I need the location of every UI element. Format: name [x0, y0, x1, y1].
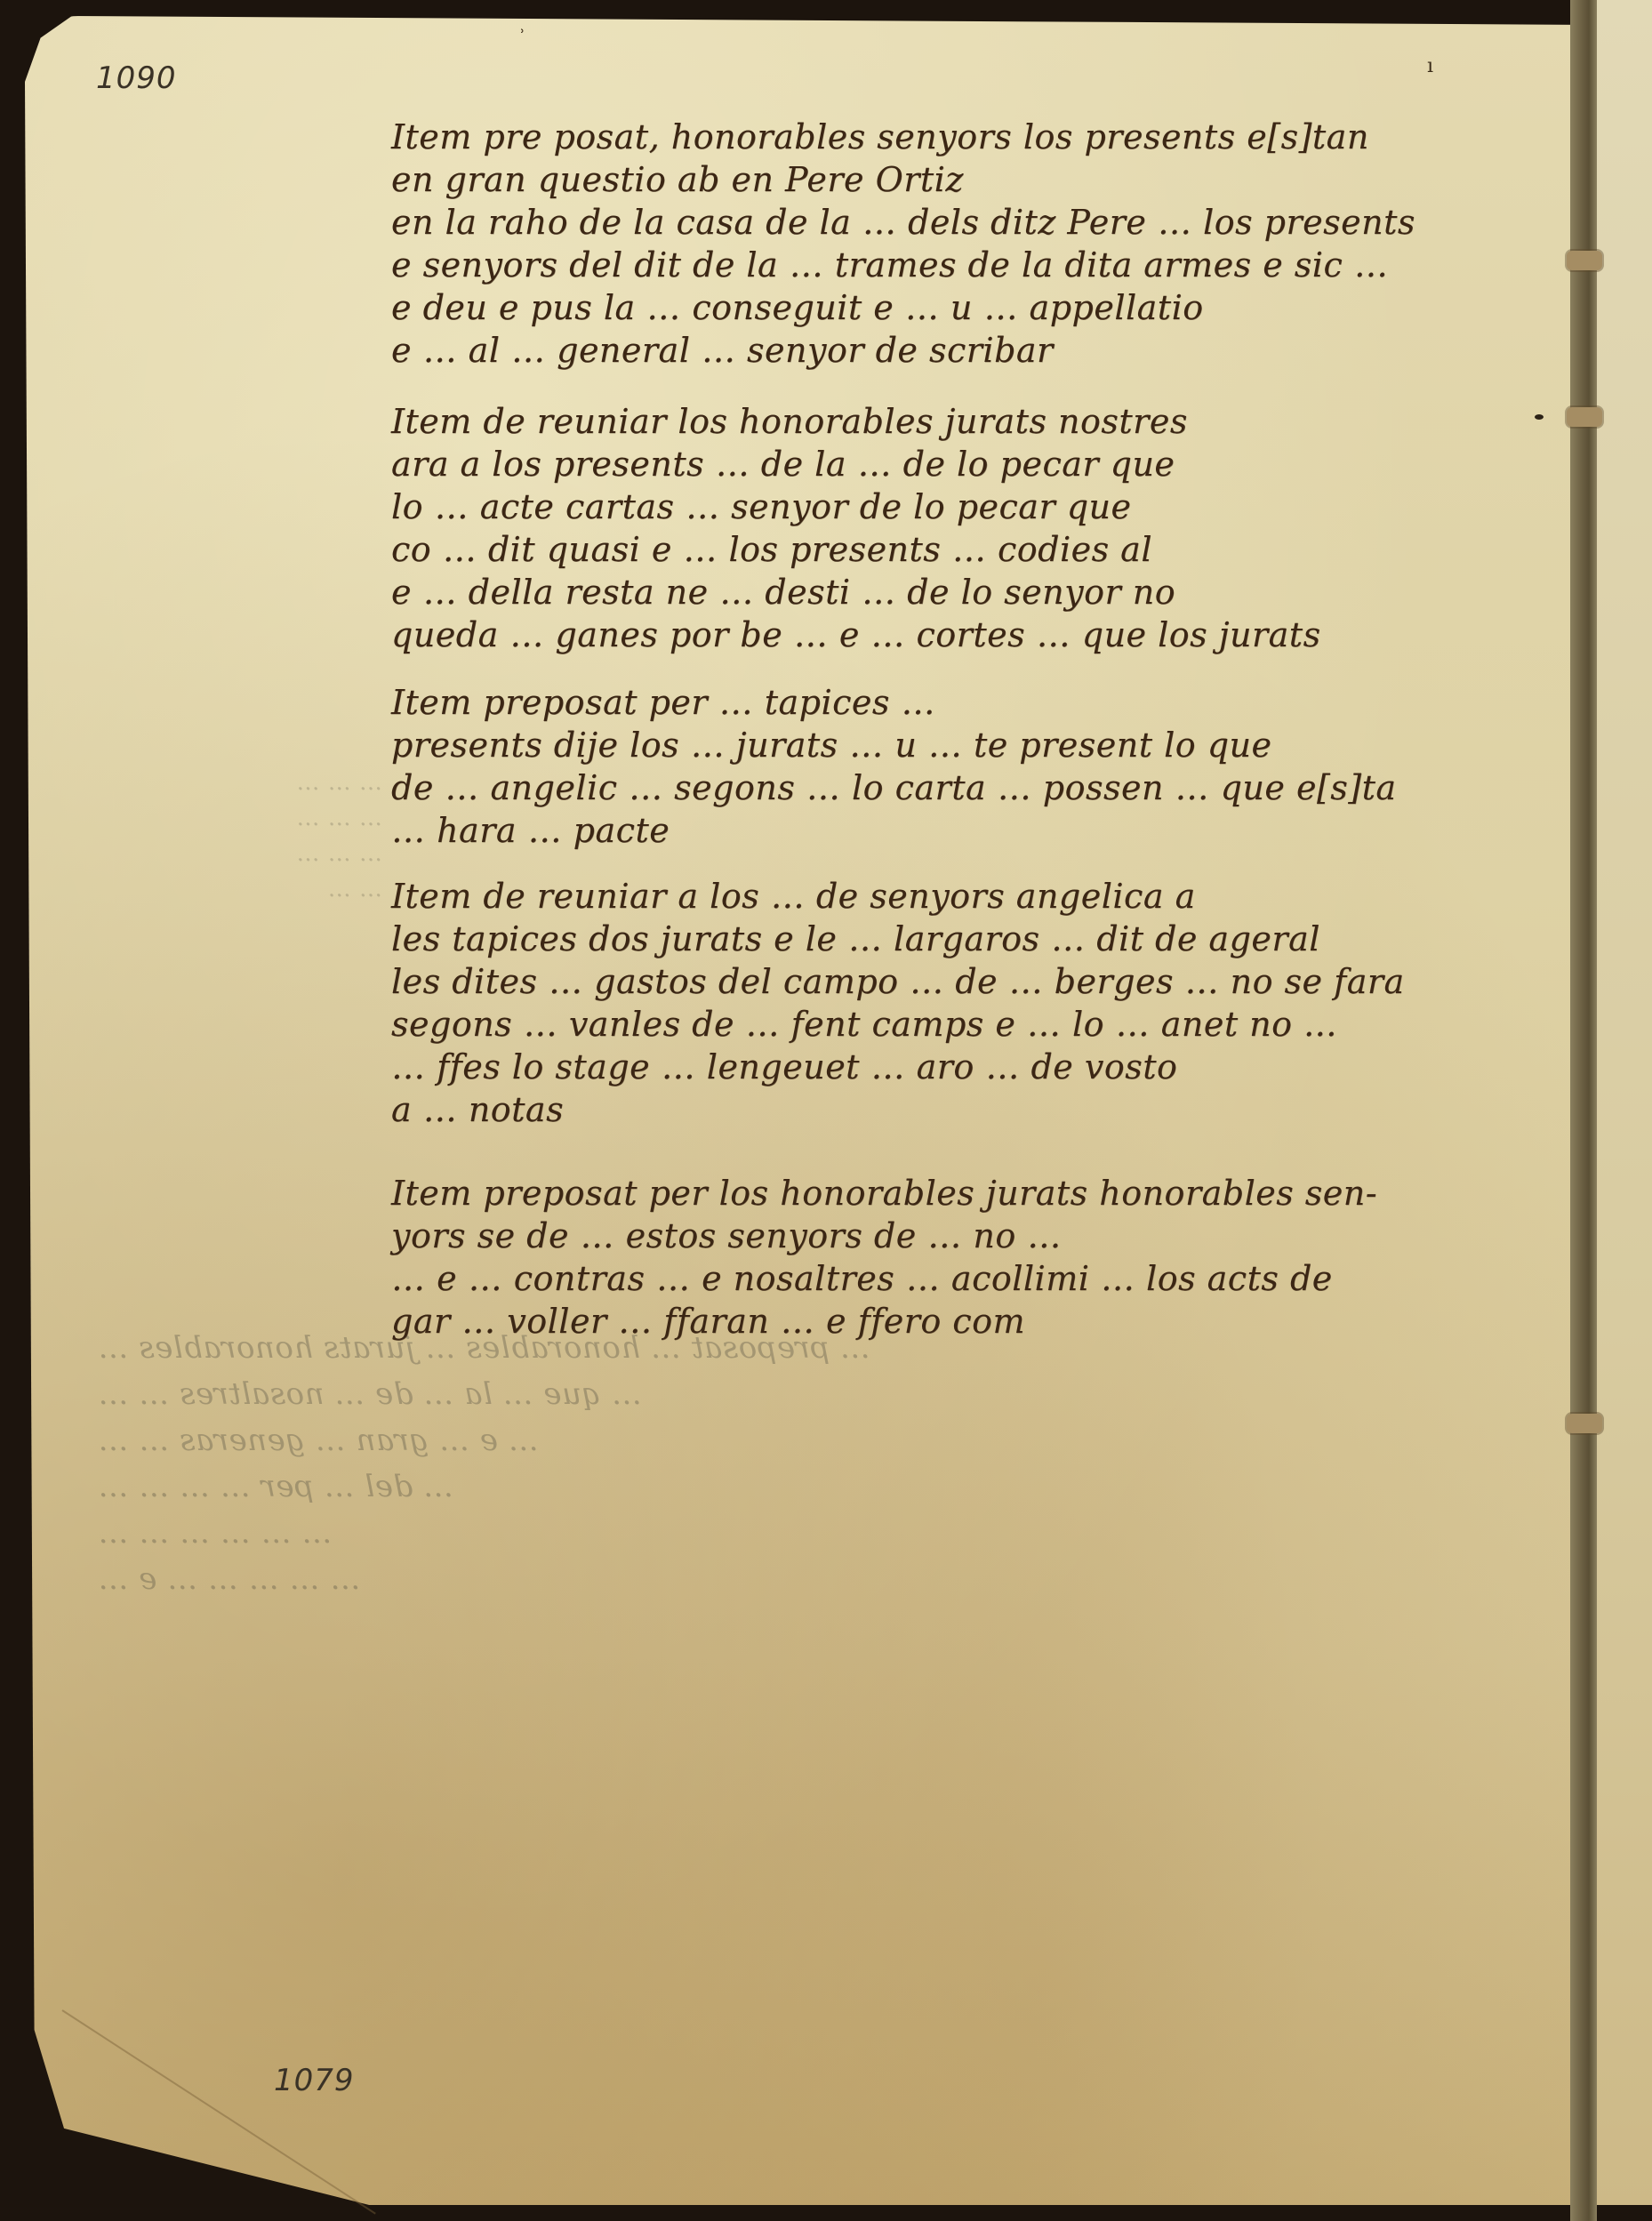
text-line: … ffes lo stage … lengeuet … aro … de vo…: [391, 1046, 1449, 1088]
facing-page-edge: [1597, 0, 1652, 2205]
manuscript-text: Item pre posat, honorables senyors los p…: [391, 116, 1449, 1378]
entry-paragraph: Item de reuniar los honorables jurats no…: [391, 400, 1449, 656]
bleed-line: … preposat … honorables … jurats honorab…: [98, 1325, 1147, 1371]
bleed-line: … … …: [133, 765, 382, 800]
text-line: en gran questio ab en Pere Ortiz: [391, 158, 1449, 201]
text-line: lo … acte cartas … senyor de lo pecar qu…: [391, 485, 1449, 528]
binding-gutter: [1570, 0, 1597, 2221]
text-line: les dites … gastos del campo … de … berg…: [391, 960, 1449, 1003]
entry-paragraph: Item preposat per los honorables jurats …: [391, 1172, 1449, 1343]
entry-paragraph: Item pre posat, honorables senyors los p…: [391, 116, 1449, 372]
text-line: yors se de … estos senyors de … no …: [391, 1215, 1449, 1257]
text-line: Item pre posat, honorables senyors los p…: [391, 116, 1449, 158]
entry-paragraph: Item de reuniar a los … de senyors angel…: [391, 875, 1449, 1131]
text-line: Item de reuniar a los … de senyors angel…: [391, 875, 1449, 918]
text-line: en la raho de la casa de la … dels ditz …: [391, 201, 1449, 244]
text-line: Item preposat per … tapices …: [391, 681, 1449, 724]
text-line: … hara … pacte: [391, 809, 1449, 852]
bleed-line: … que … la … de … nosaltres … …: [98, 1371, 1147, 1417]
entry-paragraph: Item preposat per … tapices … presents d…: [391, 681, 1449, 852]
bleed-line: … … …: [133, 836, 382, 871]
text-line: e … della resta ne … desti … de lo senyo…: [391, 571, 1449, 613]
text-line: Item de reuniar los honorables jurats no…: [391, 400, 1449, 443]
text-line: e … al … general … senyor de scribar: [391, 329, 1449, 372]
folio-number-bottom: 1079: [274, 2063, 355, 2098]
bleed-through-margin-text: … … … … … … … … … … …: [133, 765, 382, 907]
bleed-line: … del … per … … … …: [98, 1463, 1147, 1510]
bleed-line: … …: [133, 871, 382, 907]
bleed-through-text: … preposat … honorables … jurats honorab…: [98, 1325, 1147, 1602]
text-line: e deu e pus la … conseguit e … u … appel…: [391, 286, 1449, 329]
text-line: presents dije los … jurats … u … te pres…: [391, 724, 1449, 766]
text-line: queda … ganes por be … e … cortes … que …: [391, 613, 1449, 656]
ink-spot: [1535, 414, 1544, 420]
binding-thread-knot: [1567, 251, 1602, 270]
bleed-line: … … … … … e …: [98, 1556, 1147, 1602]
top-center-mark: ʾ: [520, 27, 525, 45]
text-line: e senyors del dit de la … trames de la d…: [391, 244, 1449, 286]
text-line: co … dit quasi e … los presents … codies…: [391, 528, 1449, 571]
binding-thread-knot: [1567, 407, 1602, 427]
folio-number-top: 1090: [96, 60, 177, 96]
bleed-line: … … …: [133, 800, 382, 836]
text-line: a … notas: [391, 1088, 1449, 1131]
text-line: … e … contras … e nosaltres … acollimi ……: [391, 1257, 1449, 1300]
binding-thread-knot: [1567, 1414, 1602, 1433]
bleed-line: … e … gran … generas … …: [98, 1417, 1147, 1463]
top-right-mark: ı: [1427, 55, 1433, 77]
bleed-line: … … … … … …: [98, 1510, 1147, 1556]
text-line: segons … vanles de … fent camps e … lo ……: [391, 1003, 1449, 1046]
text-line: de … angelic … segons … lo carta … posse…: [391, 766, 1449, 809]
text-line: les tapices dos jurats e le … largaros ……: [391, 918, 1449, 960]
text-line: Item preposat per los honorables jurats …: [391, 1172, 1449, 1215]
text-line: ara a los presents … de la … de lo pecar…: [391, 443, 1449, 485]
